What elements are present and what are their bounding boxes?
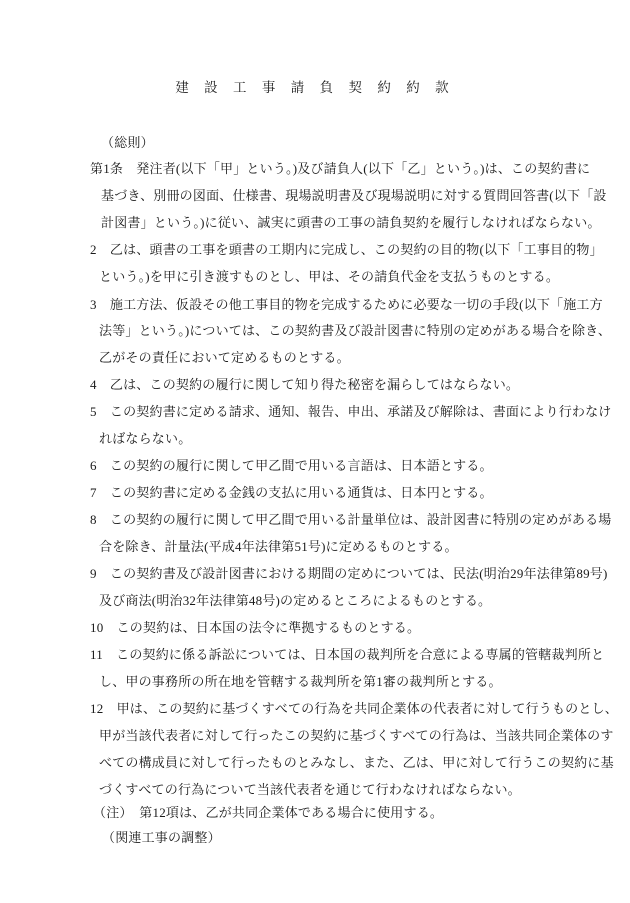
article-1-item-5-cont: ればならない。 [99,430,569,448]
section-heading-general: （総則） [101,134,571,152]
article-1-item-2-cont: という。)を甲に引き渡すものとし、甲は、その請負代金を支払うものとする。 [99,268,569,286]
article-1-item-8: 8 この契約の履行に関して甲乙間で用いる計量単位は、設計図書に特別の定めがある場 [90,511,560,529]
article-1-item-6: 6 この契約の履行に関して甲乙間で用いる言語は、日本語とする。 [90,457,560,475]
article-1-line: 第1条 発注者(以下「甲」という。)及び請負人(以下「乙」という。)は、この契約… [90,160,560,178]
article-1-line: 基づき、別冊の図面、仕様書、現場説明書及び現場説明に対する質問回答書(以下「設 [101,187,571,205]
article-1-item-9-cont: 及び商法(明治32年法律第48号)の定めるところによるものとする。 [99,592,569,610]
article-1-item-10: 10 この契約は、日本国の法令に準拠するものとする。 [90,619,560,637]
article-1-item-11: 11 この契約に係る訴訟については、日本国の裁判所を合意による専属的管轄裁判所と [90,646,560,664]
document-title: 建 設 工 事 請 負 契 約 約 款 [0,78,630,98]
article-1-line: 計図書」という。)に従い、誠実に頭書の工事の請負契約を履行しなければならない。 [101,214,571,232]
article-1-item-2: 2 乙は、頭書の工事を頭書の工期内に完成し、この契約の目的物(以下「工事目的物」 [90,241,560,259]
article-1-item-3-cont: 法等」という。)については、この契約書及び設計図書に特別の定めがある場合を除き、 [99,322,569,340]
article-1-item-5: 5 この契約書に定める請求、通知、報告、申出、承諾及び解除は、書面により行わなけ [90,403,560,421]
article-1-item-7: 7 この契約書に定める金銭の支払に用いる通貨は、日本円とする。 [90,484,560,502]
article-1-item-4: 4 乙は、この契約の履行に関して知り得た秘密を漏らしてはならない。 [90,376,560,394]
article-1-item-12-cont: べての構成員に対して行ったものとみなし、また、乙は、甲に対して行うこの契約に基 [99,754,569,772]
article-1-item-3-cont: 乙がその責任において定めるものとする。 [99,349,569,367]
article-1-item-12-cont: 甲が当該代表者に対して行ったこの契約に基づくすべての行為は、当該共同企業体のす [99,727,569,745]
article-1-item-11-cont: し、甲の事務所の所在地を管轄する裁判所を第1審の裁判所とする。 [99,673,569,691]
article-1-item-9: 9 この契約書及び設計図書における期間の定めについては、民法(明治29年法律第8… [90,565,560,583]
article-1-item-8-cont: 合を除き、計量法(平成4年法律第51号)に定めるものとする。 [99,538,569,556]
article-1-item-12: 12 甲は、この契約に基づくすべての行為を共同企業体の代表者に対して行うものとし… [90,700,560,718]
section-heading-related-work: （関連工事の調整） [102,829,572,847]
document-page: 建 設 工 事 請 負 契 約 約 款 （総則） 第1条 発注者(以下「甲」とい… [0,0,630,903]
article-1-item-3: 3 施工方法、仮設その他工事目的物を完成するために必要な一切の手段(以下「施工方 [90,296,560,314]
note-line: （注） 第12項は、乙が共同企業体である場合に使用する。 [93,804,563,822]
article-1-item-12-cont: づくすべての行為について当該代表者を通じて行わなければならない。 [99,781,569,799]
